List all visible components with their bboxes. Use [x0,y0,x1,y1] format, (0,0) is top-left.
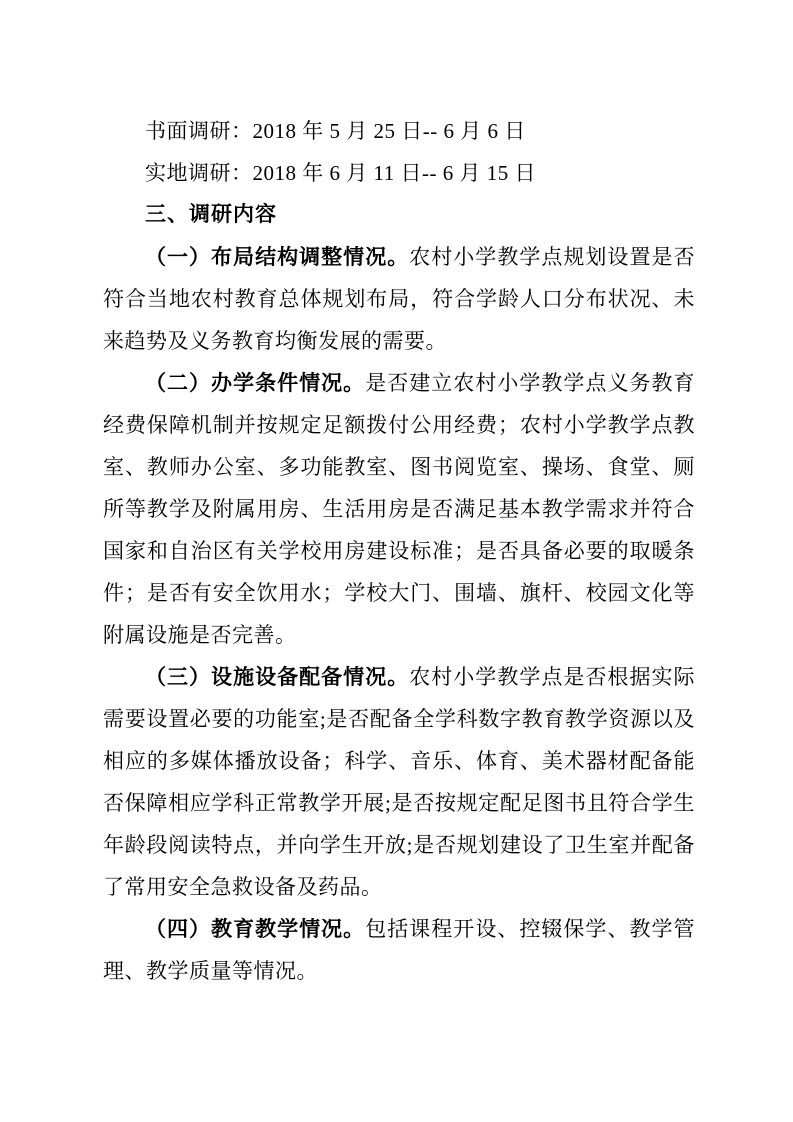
document-page: 书面调研：2018 年 5 月 25 日-- 6 月 6 日 实地调研：2018… [0,0,793,1122]
field-survey-text: 实地调研：2018 年 6 月 11 日-- 6 月 15 日 [145,161,536,185]
section-heading-survey-content: 三、调研内容 [103,194,695,236]
section-3-body: 农村小学教学点是否根据实际需要设置必要的功能室;是否配备全学科数字教育教学资源以… [103,665,695,899]
section-2-body: 是否建立农村小学教学点义务教育经费保障机制并按规定足额拨付公用经费；农村小学教学… [103,371,695,647]
written-survey-line: 书面调研：2018 年 5 月 25 日-- 6 月 6 日 [103,110,695,152]
section-2-lead: （二）办学条件情况。 [145,371,365,395]
section-1-lead: （一）布局结构调整情况。 [145,245,409,269]
written-survey-text: 书面调研：2018 年 5 月 25 日-- 6 月 6 日 [145,119,526,143]
field-survey-line: 实地调研：2018 年 6 月 11 日-- 6 月 15 日 [103,152,695,194]
document-body: 书面调研：2018 年 5 月 25 日-- 6 月 6 日 实地调研：2018… [103,110,695,992]
section-4-lead: （四）教育教学情况。 [145,917,365,941]
section-paragraph-2: （二）办学条件情况。是否建立农村小学教学点义务教育经费保障机制并按规定足额拨付公… [103,362,695,656]
section-paragraph-3: （三）设施设备配备情况。农村小学教学点是否根据实际需要设置必要的功能室;是否配备… [103,656,695,908]
section-paragraph-1: （一）布局结构调整情况。农村小学教学点规划设置是否符合当地农村教育总体规划布局，… [103,236,695,362]
section-paragraph-4: （四）教育教学情况。包括课程开设、控辍保学、教学管理、教学质量等情况。 [103,908,695,992]
section-3-lead: （三）设施设备配备情况。 [145,665,409,689]
